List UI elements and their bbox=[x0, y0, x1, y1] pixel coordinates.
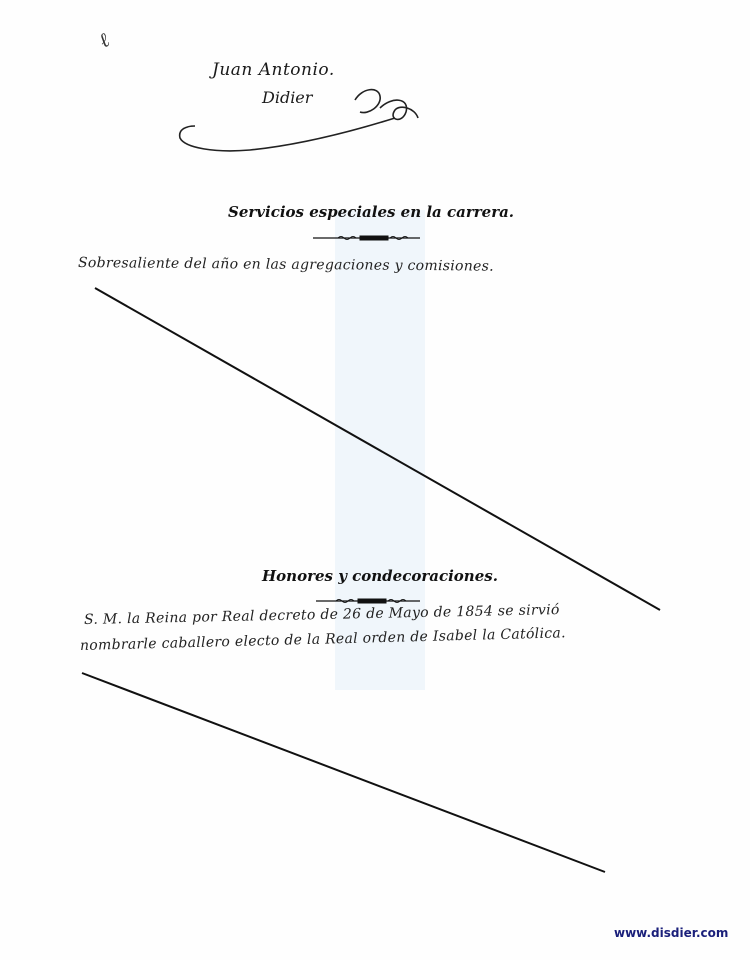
ink-strokes bbox=[0, 0, 750, 960]
section-heading-servicios: Servicios especiales en la carrera. bbox=[228, 203, 514, 221]
website-link[interactable]: www.disdier.com bbox=[614, 926, 728, 940]
strike-line-1 bbox=[95, 288, 660, 610]
section-heading-honores: Honores y condecoraciones. bbox=[262, 567, 498, 585]
document-page: ℓ Juan Antonio. Didier Servicios especia… bbox=[0, 0, 750, 960]
heading-2-ornament-icon bbox=[316, 599, 420, 603]
heading-1-ornament-icon bbox=[313, 236, 420, 240]
strike-line-2 bbox=[82, 673, 605, 872]
signature-flourish-icon bbox=[180, 90, 418, 151]
